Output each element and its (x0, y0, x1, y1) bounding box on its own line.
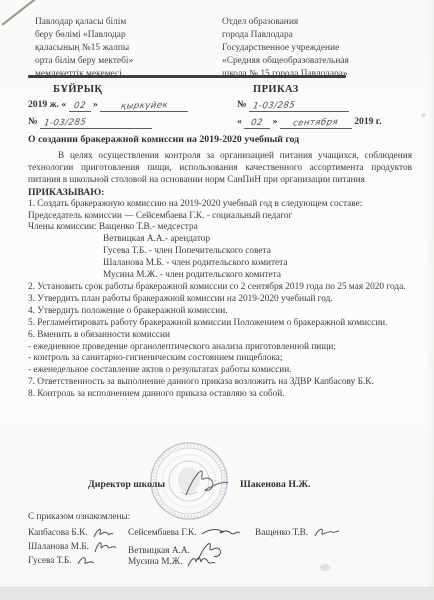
order-title-ru: ПРИКАЗ (253, 84, 417, 95)
letterhead-kk-line: орта білім беру мектебі» (35, 55, 200, 68)
letterhead-ru-line: Государственное учреждение (222, 42, 422, 55)
number-label-ru: № (237, 99, 247, 110)
handwritten-number-ru: 1-03/285 (252, 98, 296, 113)
ink-signature (93, 540, 117, 554)
commission-members-label: Члены комиссии: Ващенко Т.В.- медсестра (28, 222, 412, 234)
ink-signature (201, 526, 241, 540)
date-template-kk: 2019 ж. « (28, 99, 66, 110)
handwritten-number-kk: 1-03/285 (43, 115, 87, 130)
ack-name-text: Капбасова Б.К. (28, 528, 88, 538)
letterhead-kk-line: Павлодар қаласы білім (35, 16, 200, 29)
order-item: 8. Контроль за исполнением данного прика… (28, 389, 412, 401)
duty-bullet: - контроль за санитарно-гигиеническим со… (28, 353, 412, 365)
letterhead-kazakh: Павлодар қаласы білім беру бөлімі «Павло… (35, 16, 200, 81)
order-item: 1. Создать бракеражную комиссию на 2019-… (28, 199, 412, 211)
handwritten-month-kk: қыркүйек (120, 98, 169, 113)
duty-bullet: - ежедневное проведение органолептическо… (28, 342, 412, 354)
date-close-ru: » (273, 116, 278, 127)
order-item: 4. Утвердить положение о бракеражной ком… (28, 306, 412, 318)
scan-smudge (421, 113, 426, 117)
director-signature (180, 465, 232, 499)
acknowledgment-label: С приказом ознакомлены: (28, 512, 130, 522)
ack-name-text: Ващенко Т.В. (255, 528, 308, 538)
handwritten-day-kk: 02 (73, 99, 87, 113)
order-number-kk: № 1-03/285 (28, 115, 213, 129)
order-item: 3. Утвердить план работы бракеражной ком… (28, 294, 412, 306)
order-date-kk: 2019 ж. « 02 » қыркүйек (28, 98, 213, 112)
date-open-ru: « (237, 116, 242, 127)
letterhead-ru-line: «Средняя общеобразовательная (222, 55, 422, 68)
ack-name: Капбасова Б.К. (28, 526, 114, 540)
commission-member: Мусина М.Ж. - член родительского комитет… (103, 270, 412, 282)
commission-chair: Председатель комиссии — Сейсембаева Г.К.… (28, 211, 412, 223)
ink-signature (92, 526, 114, 540)
commission-member: Шаланова М.Б. - член родительского комит… (103, 258, 412, 270)
ink-signature (186, 554, 216, 570)
handwritten-day-ru: 02 (250, 116, 264, 130)
date-close-kk: » (93, 99, 98, 110)
ack-name: Сейсембаева Г.К. (128, 526, 241, 540)
ack-name: Ващенко Т.В. (255, 526, 340, 540)
letterhead-kk-line: беру бөлімі «Павлодар (35, 29, 200, 42)
commission-member: Гусева Т.Б. - член Попечительского совет… (103, 246, 412, 258)
scan-smudge (320, 564, 330, 571)
directive-word: ПРИКАЗЫВАЮ: (28, 187, 412, 199)
commission-member: Ветвицкая А.А.- арендатор (103, 234, 412, 246)
order-title-kk: БҰЙРЫҚ (53, 84, 213, 95)
order-item: 6. Вменить в обязанности комиссии (28, 330, 412, 342)
letterhead-ru-line: Отдел образования (222, 16, 422, 29)
letterhead-ru-line: города Павлодара (222, 29, 422, 42)
scan-edge-strip (0, 587, 434, 600)
order-subject: О создании бракеражной комиссии на 2019-… (28, 134, 423, 145)
date-year-ru: 2019 г. (354, 116, 381, 127)
ink-signature (76, 554, 96, 568)
order-number-ru: № 1-03/285 (237, 98, 417, 112)
ack-name-text: Мусина М.Ж. (128, 557, 182, 567)
letterhead-rule (28, 75, 346, 78)
order-item: 5. Регламентировать работу бракеражной к… (28, 318, 412, 330)
order-body: В целях осуществления контроля за органи… (28, 151, 412, 401)
duty-bullet: - еженедельное составление актов о резул… (28, 365, 412, 377)
signer-role: Директор школы (88, 479, 165, 490)
order-item: 7. Ответственность за выполнение данного… (28, 377, 412, 389)
ack-name: Гусева Т.Б. (28, 554, 96, 568)
scanned-order-document: Павлодар қаласы білім беру бөлімі «Павло… (0, 0, 434, 600)
ack-name: Шаланова М.Б. (28, 540, 117, 554)
ack-name-text: Сейсембаева Г.К. (128, 528, 197, 538)
handwritten-month-ru: сентября (292, 115, 339, 130)
scan-edge-shade (426, 0, 434, 600)
order-block-kazakh: БҰЙРЫҚ 2019 ж. « 02 » қыркүйек № 1-03/28… (28, 84, 213, 129)
signer-name: Шакенова Н.Ж. (240, 479, 311, 490)
letterhead-russian: Отдел образования города Павлодара Госуд… (222, 16, 422, 81)
ack-name: Мусина М.Ж. (128, 554, 216, 570)
order-date-ru: « 02 » сентября 2019 г. (237, 115, 417, 129)
ack-name-text: Шаланова М.Б. (28, 542, 89, 552)
order-item: 2. Установить срок работы бракеражной ко… (28, 282, 412, 294)
ink-signature (312, 526, 340, 540)
number-label-kk: № (28, 116, 38, 127)
ack-name-text: Гусева Т.Б. (28, 556, 72, 566)
letterhead-kk-line: қаласының №15 жалпы (35, 42, 200, 55)
intro-paragraph: В целях осуществления контроля за органи… (28, 151, 412, 187)
order-block-russian: ПРИКАЗ № 1-03/285 « 02 » сентября 2019 г… (237, 84, 417, 129)
